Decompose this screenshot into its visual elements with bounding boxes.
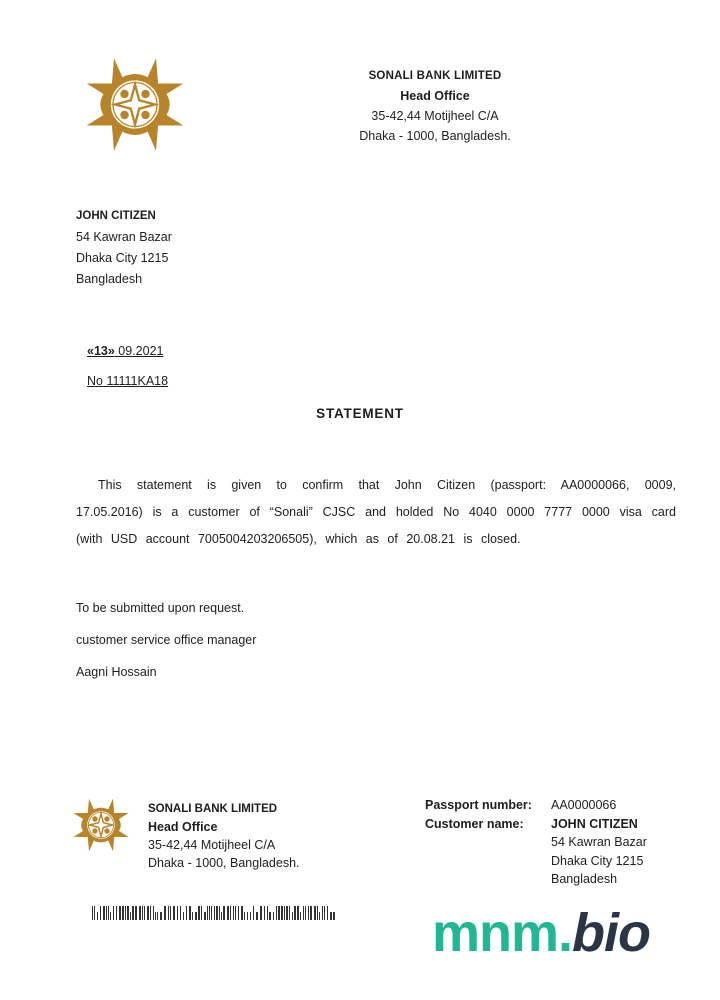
document-title: STATEMENT (0, 406, 720, 421)
statement-paragraph: This statement is given to confirm that … (76, 472, 676, 553)
passport-value: AA0000066 (551, 796, 647, 815)
recipient-street: 54 Kawran Bazar (76, 227, 172, 248)
footer-address-line2: Dhaka - 1000, Bangladesh. (148, 854, 300, 872)
recipient-country: Bangladesh (76, 269, 172, 290)
bank-office: Head Office (340, 86, 530, 106)
bank-logo (80, 52, 190, 157)
customer-country: Bangladesh (551, 870, 647, 889)
watermark-part2: bio (572, 903, 650, 963)
statement-body: This statement is given to confirm that … (76, 472, 676, 553)
bank-address-line1: 35-42,44 Motijheel C/A (340, 106, 530, 126)
recipient-name: JOHN CITIZEN (76, 206, 172, 227)
document-date: «13» 09.2021 (87, 344, 163, 358)
footer-bank-logo (70, 795, 132, 855)
closing-line: To be submitted upon request. (76, 592, 256, 624)
footer-bank-name: SONALI BANK LIMITED (148, 800, 300, 818)
footer-address-line1: 35-42,44 Motijheel C/A (148, 836, 300, 854)
recipient-city: Dhaka City 1215 (76, 248, 172, 269)
signatory-title: customer service office manager (76, 624, 256, 656)
passport-label: Passport number: (425, 796, 551, 815)
sun-star-logo-icon (80, 52, 190, 157)
barcode-icon (92, 906, 337, 920)
closing-block: To be submitted upon request. customer s… (76, 592, 256, 688)
sun-star-logo-icon (70, 795, 132, 855)
customer-street: 54 Kawran Bazar (551, 833, 647, 852)
footer-bank-office: Head Office (148, 818, 300, 836)
recipient-address: JOHN CITIZEN 54 Kawran Bazar Dhaka City … (76, 206, 172, 290)
date-month-year: 09.2021 (115, 344, 164, 358)
barcode (92, 906, 337, 920)
document-reference: No 11111KA18 (87, 374, 168, 388)
watermark-logo: mnm.bio (432, 898, 650, 968)
date-day: «13» (87, 344, 115, 358)
footer-bank-info: SONALI BANK LIMITED Head Office 35-42,44… (148, 800, 300, 872)
customer-name: JOHN CITIZEN (551, 815, 647, 834)
bank-header: SONALI BANK LIMITED Head Office 35-42,44… (340, 66, 530, 146)
customer-label: Customer name: (425, 815, 551, 889)
passport-row: Passport number: AA0000066 (425, 796, 647, 815)
customer-row: Customer name: JOHN CITIZEN 54 Kawran Ba… (425, 815, 647, 889)
bank-name: SONALI BANK LIMITED (340, 66, 530, 86)
customer-city: Dhaka City 1215 (551, 852, 647, 871)
signatory-name: Aagni Hossain (76, 656, 256, 688)
bank-address-line2: Dhaka - 1000, Bangladesh. (340, 126, 530, 146)
customer-info: Passport number: AA0000066 Customer name… (425, 796, 647, 889)
watermark-part1: mnm. (432, 903, 572, 963)
